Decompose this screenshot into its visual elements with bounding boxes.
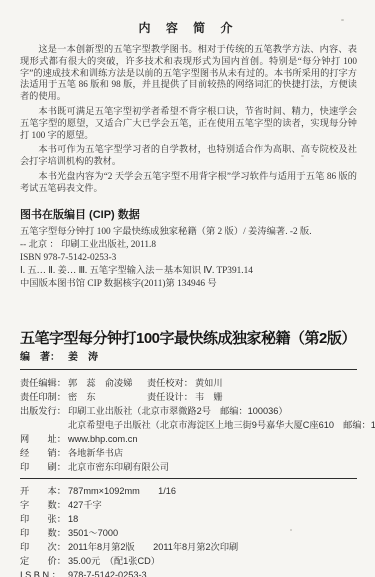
author-row: 编 著： 姜 涛 [20, 348, 357, 363]
printer-value: 北京市密东印刷有限公司 [68, 459, 169, 473]
format-value: 787mm×1092mm 1/16 [68, 483, 176, 497]
cip-heading: 图书在版编目 (CIP) 数据 [20, 208, 357, 222]
colophon-section: 五笔字型每分钟打100字最快练成独家秘籍（第2版） 编 著： 姜 涛 责任编辑：… [20, 329, 357, 577]
book-title: 五笔字型每分钟打100字最快练成独家秘籍（第2版） [20, 329, 357, 348]
scan-speck [301, 155, 304, 157]
website-row: 网 址： www.bhp.com.cn [20, 431, 357, 445]
intro-heading: 内 容 简 介 [20, 21, 357, 35]
publisher-row: 出版发行： 印刷工业出版社（北京市翠微路2号 邮编：100036） [20, 403, 357, 417]
printrun-row: 印 数： 3501～7000 [20, 525, 357, 539]
publisher-value: 印刷工业出版社（北京市翠微路2号 邮编：100036） [68, 403, 288, 417]
distribution-label: 经 销： [20, 445, 68, 459]
staff-row: 责任印制： 密 东 责任设计： 韦 姗 [20, 389, 357, 403]
wordcount-row: 字 数： 427千字 [20, 497, 357, 511]
staff-value: 黄如川 [195, 375, 223, 389]
website-url: www.bhp.com.cn [68, 434, 137, 444]
staff-label: 责任校对： [147, 375, 195, 389]
scan-speck [341, 19, 344, 21]
intro-section: 内 容 简 介 这是一本创新型的五笔字型教学图书。相对于传统的五笔教学方法、内容… [20, 21, 357, 195]
copyright-page: 内 容 简 介 这是一本创新型的五笔字型教学图书。相对于传统的五笔教学方法、内容… [0, 0, 375, 577]
format-label: 开 本： [20, 483, 68, 497]
isbn-value: 978-7-5142-0253-3 [68, 570, 147, 577]
edition-row: 印 次： 2011年8月第2版 2011年8月第2次印刷 [20, 539, 357, 553]
cip-line: Ⅰ. 五… Ⅱ. 姜… Ⅲ. 五笔字型输入法－基本知识 Ⅳ. TP391.14 [20, 265, 357, 278]
edition-value: 2011年8月第2版 2011年8月第2次印刷 [68, 539, 238, 553]
spec-rows: 开 本： 787mm×1092mm 1/16 字 数： 427千字 印 张： 1… [20, 479, 357, 577]
scan-speck [290, 529, 292, 531]
price-row: 定 价： 35.00元 （配1张CD） [20, 553, 357, 567]
author-name: 姜 涛 [68, 348, 98, 363]
staff-value: 郭 蕊 俞凌娣 [68, 375, 132, 389]
edition-label: 印 次： [20, 539, 68, 553]
printrun-label: 印 数： [20, 525, 68, 539]
cip-line: ISBN 978-7-5142-0253-3 [20, 252, 357, 265]
wordcount-value: 427千字 [68, 497, 102, 511]
intro-paragraph: 本书光盘内容为“2 天学会五笔字型不用背字根”学习软件与适用于五笔 86 版的考… [20, 171, 357, 195]
printer-label: 印 刷： [20, 459, 68, 473]
staff-label: 责任印制： [20, 389, 68, 403]
price-value: 35.00元 （配1张CD） [68, 553, 160, 567]
isbn-label: I S B N ： [20, 567, 68, 577]
distribution-row: 经 销： 各地新华书店 [20, 445, 357, 459]
staff-table: 责任编辑： 郭 蕊 俞凌娣 责任校对： 黄如川 责任印制： 密 东 责任设计： [20, 370, 357, 403]
cip-line: -- 北京 ： 印刷工业出版社, 2011.8 [20, 239, 357, 252]
intro-paragraph: 这是一本创新型的五笔字型教学图书。相对于传统的五笔教学方法、内容、表现形式都有很… [20, 44, 357, 103]
staff-value: 韦 姗 [195, 389, 223, 403]
author-label: 编 著： [20, 348, 68, 363]
sheets-row: 印 张： 18 [20, 511, 357, 525]
printer-row: 印 刷： 北京市密东印刷有限公司 [20, 459, 357, 473]
publisher-label: 出版发行： [20, 403, 68, 417]
cip-line: 中国版本图书馆 CIP 数据核字(2011)第 134946 号 [20, 278, 357, 291]
cip-section: 图书在版编目 (CIP) 数据 五笔字型每分钟打 100 字最快练成独家秘籍（第… [20, 208, 357, 291]
intro-paragraph: 本书既可满足五笔字型初学者希望不背字根口诀，节省时间、精力，快速学会五笔字型的愿… [20, 106, 357, 141]
publisher-rows: 出版发行： 印刷工业出版社（北京市翠微路2号 邮编：100036） 北京希望电子… [20, 403, 357, 473]
staff-value: 密 东 [68, 389, 96, 403]
website-label: 网 址： [20, 431, 68, 445]
distribution-value: 各地新华书店 [68, 445, 123, 459]
staff-label: 责任编辑： [20, 375, 68, 389]
wordcount-label: 字 数： [20, 497, 68, 511]
printrun-value: 3501～7000 [68, 525, 118, 539]
format-row: 开 本： 787mm×1092mm 1/16 [20, 483, 357, 497]
publisher-line2: 北京希望电子出版社（北京市海淀区上地三街9号嘉华大厦C座610 邮编：10008… [68, 417, 357, 431]
price-label: 定 价： [20, 553, 68, 567]
cip-line: 五笔字型每分钟打 100 字最快练成独家秘籍（第 2 版）/ 姜涛编著. -2 … [20, 226, 357, 239]
staff-row: 责任编辑： 郭 蕊 俞凌娣 责任校对： 黄如川 [20, 375, 357, 389]
staff-label: 责任设计： [147, 389, 195, 403]
sheets-label: 印 张： [20, 511, 68, 525]
intro-paragraph: 本书可作为五笔字型学习者的自学教材，也特别适合作为高职、高专院校及社会打字培训机… [20, 144, 357, 168]
sheets-value: 18 [68, 514, 78, 524]
isbn-row: I S B N ： 978-7-5142-0253-3 [20, 567, 357, 577]
